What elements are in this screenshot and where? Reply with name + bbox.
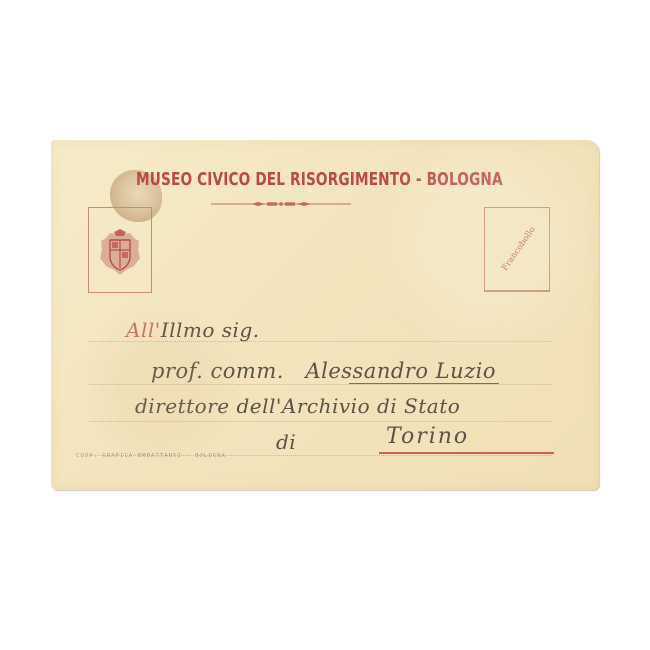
stamp-label: Francobollo xyxy=(498,222,541,277)
city-prefix: di xyxy=(276,430,296,454)
ornament-divider-icon xyxy=(211,201,351,207)
salutation-prefix: All' xyxy=(126,318,161,342)
address-line xyxy=(89,421,552,422)
crest-frame xyxy=(88,207,152,293)
city-underline xyxy=(379,452,554,454)
recipient-line: prof. comm. Alessandro Luzio xyxy=(151,359,496,383)
recipient-title: prof. comm. xyxy=(151,359,284,383)
museum-title: MUSEO CIVICO DEL RISORGIMENTO - BOLOGNA xyxy=(136,170,432,190)
postcard: MUSEO CIVICO DEL RISORGIMENTO - BOLOGNA … xyxy=(51,140,599,490)
recipient-office: direttore dell'Archivio di Stato xyxy=(135,394,460,418)
recipient-name: Alessandro Luzio xyxy=(305,359,496,383)
printer-imprint: COOP. GRAFICA EMBATTANTI - BOLOGNA xyxy=(76,453,226,459)
name-underline xyxy=(349,383,499,384)
stamp-placeholder: Francobollo xyxy=(484,207,550,291)
recipient-city: Torino xyxy=(386,424,469,449)
salutation-text: Illmo sig. xyxy=(161,318,260,342)
coat-of-arms-icon xyxy=(98,228,142,276)
address-line xyxy=(89,384,552,385)
salutation: All'Illmo sig. xyxy=(126,318,260,342)
